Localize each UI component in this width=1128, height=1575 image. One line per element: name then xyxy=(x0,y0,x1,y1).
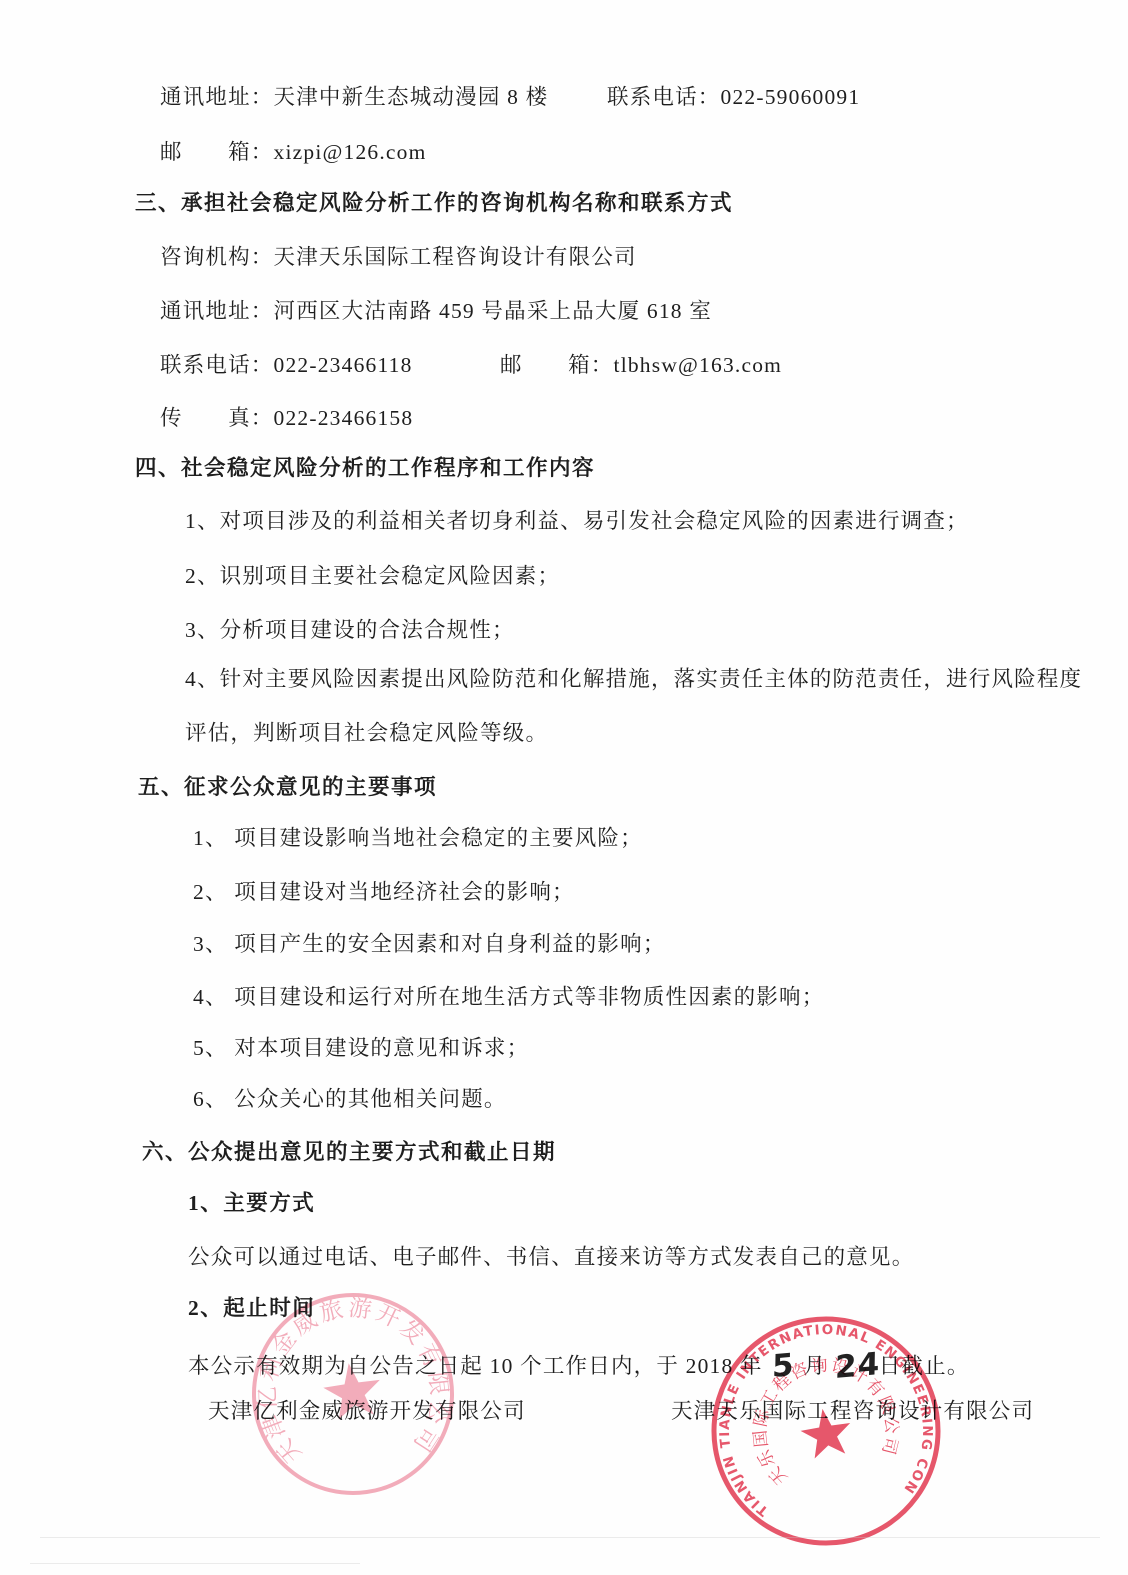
section5-item: 2、 项目建设对当地经济社会的影响； xyxy=(193,880,575,906)
contact-address-line: 通讯地址：天津中新生态城动漫园 8 楼 xyxy=(160,85,548,111)
section3-address-line: 通讯地址：河西区大沽南路 459 号晶采上品大厦 618 室 xyxy=(160,299,712,325)
handwritten-month: 5 xyxy=(771,1347,794,1386)
fax-label: 传 真： xyxy=(160,406,274,430)
address-value: 天津中新生态城动漫园 8 楼 xyxy=(274,85,549,109)
section5-item: 3、 项目产生的安全因素和对自身利益的影响； xyxy=(193,932,666,958)
document-page: 通讯地址：天津中新生态城动漫园 8 楼 联系电话：022-59060091 邮 … xyxy=(0,0,1128,1575)
address-value: 河西区大沽南路 459 号晶采上品大厦 618 室 xyxy=(274,299,713,323)
email-label: 邮 箱： xyxy=(500,353,614,377)
phone-label: 联系电话： xyxy=(607,85,721,109)
section3-org-line: 咨询机构：天津天乐国际工程咨询设计有限公司 xyxy=(160,245,637,271)
section6-sub1-body: 公众可以通过电话、电子邮件、书信、直接来访等方式发表自己的意见。 xyxy=(188,1245,914,1271)
scan-artifact-line xyxy=(40,1537,1100,1538)
phone-label: 联系电话： xyxy=(160,353,274,377)
deadline-suffix: 日截止。 xyxy=(879,1354,970,1378)
section5-item: 4、 项目建设和运行对所在地生活方式等非物质性因素的影响； xyxy=(193,985,824,1011)
org-label: 咨询机构： xyxy=(160,245,274,269)
section5-item: 1、 项目建设影响当地社会稳定的主要风险； xyxy=(193,826,643,852)
signature-right-company: 天津天乐国际工程咨询设计有限公司 xyxy=(671,1399,1034,1425)
section4-item: 1、对项目涉及的利益相关者切身利益、易引发社会稳定风险的因素进行调查； xyxy=(185,509,969,535)
section4-heading: 四、社会稳定风险分析的工作程序和工作内容 xyxy=(135,456,595,482)
scan-artifact-line xyxy=(30,1563,360,1564)
month-unit: 月 xyxy=(803,1354,826,1378)
section3-email-line: 邮 箱：tlbhsw@163.com xyxy=(500,353,782,379)
deadline-line: 本公示有效期为自公告之日起 10 个工作日内，于 2018 年5月24日截止。 xyxy=(188,1348,970,1385)
handwritten-day: 24 xyxy=(835,1346,881,1387)
contact-phone-line: 联系电话：022-59060091 xyxy=(607,85,860,111)
phone-value: 022-59060091 xyxy=(721,85,861,109)
fax-value: 022-23466158 xyxy=(274,406,414,430)
section5-item: 5、 对本项目建设的意见和诉求； xyxy=(193,1036,529,1062)
section6-heading: 六、公众提出意见的主要方式和截止日期 xyxy=(142,1140,556,1166)
deadline-prefix: 本公示有效期为自公告之日起 10 个工作日内，于 2018 年 xyxy=(188,1354,763,1378)
section5-item: 6、 公众关心的其他相关问题。 xyxy=(193,1087,507,1113)
email-value: xizpi@126.com xyxy=(274,140,427,164)
email-value: tlbhsw@163.com xyxy=(614,353,783,377)
section3-fax-line: 传 真：022-23466158 xyxy=(160,406,413,432)
section5-heading: 五、征求公众意见的主要事项 xyxy=(138,775,437,801)
section4-item: 4、针对主要风险因素提出风险防范和化解措施，落实责任主体的防范责任，进行风险程度 xyxy=(185,667,1082,693)
section3-heading: 三、承担社会稳定风险分析工作的咨询机构名称和联系方式 xyxy=(135,191,733,217)
company-seal-right: TIANJIN TIANLE INTERNATIONAL ENGINEERING… xyxy=(689,1294,964,1569)
address-label: 通讯地址： xyxy=(160,299,274,323)
section3-phone-line: 联系电话：022-23466118 xyxy=(160,353,413,379)
section4-item-continuation: 评估，判断项目社会稳定风险等级。 xyxy=(185,721,548,747)
section6-sub1-heading: 1、主要方式 xyxy=(188,1191,315,1217)
contact-email-line: 邮 箱：xizpi@126.com xyxy=(160,140,427,166)
phone-value: 022-23466118 xyxy=(274,353,413,377)
org-value: 天津天乐国际工程咨询设计有限公司 xyxy=(274,245,637,269)
section4-item: 2、识别项目主要社会稳定风险因素； xyxy=(185,564,560,590)
section4-item: 3、分析项目建设的合法合规性； xyxy=(185,618,515,644)
address-label: 通讯地址： xyxy=(160,85,274,109)
email-label: 邮 箱： xyxy=(160,140,274,164)
seal-ring xyxy=(698,1303,954,1559)
section6-sub2-heading: 2、起止时间 xyxy=(188,1296,315,1322)
signature-left-company: 天津亿利金威旅游开发有限公司 xyxy=(208,1399,526,1425)
